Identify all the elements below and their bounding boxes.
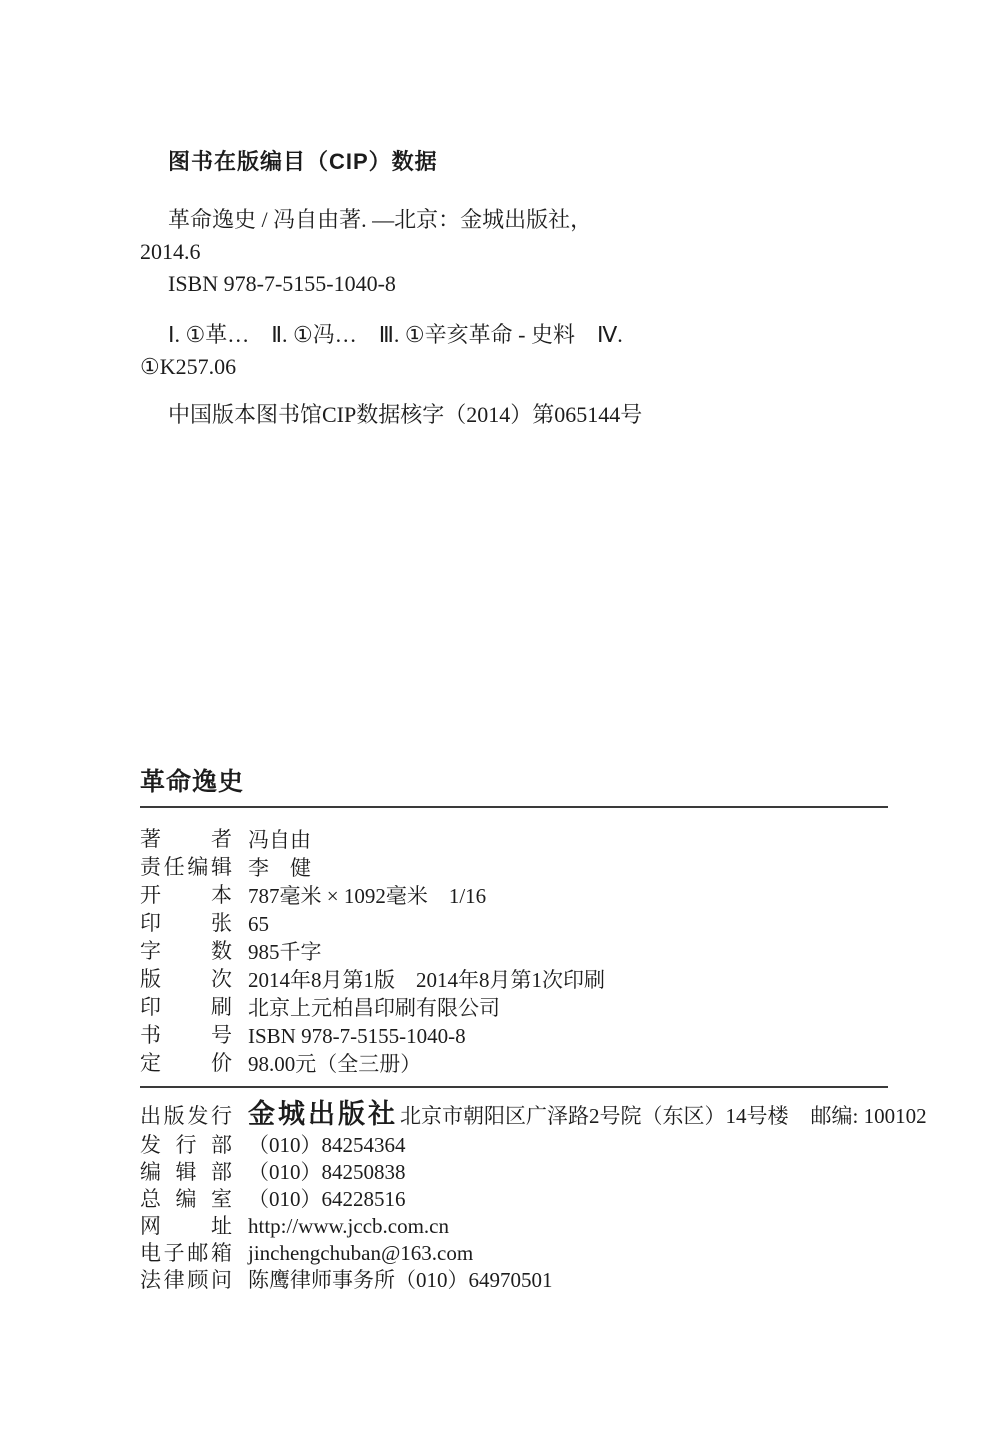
publisher-row-value: （010）84254364 (248, 1132, 406, 1159)
cip-isbn-line: ISBN 978-7-5155-1040-8 (140, 268, 910, 300)
publisher-row-value: 陈鹰律师事务所（010）64970501 (248, 1267, 553, 1294)
colophon-row-label: 定价 (140, 1050, 232, 1078)
colophon-block: 革命逸史 著者 冯自由 责任编辑 李 健 开本 787毫米 × 1092毫米 1… (140, 766, 888, 1088)
colophon-row-label: 印张 (140, 910, 232, 938)
cip-header: 图书在版编目（CIP）数据 (140, 146, 910, 178)
cip-book-line: 革命逸史 / 冯自由著. —北京：金城出版社， (140, 204, 910, 236)
cip-classification-line2: ①K257.06 (140, 351, 910, 383)
publisher-row-website: 网址 http://www.jccb.com.cn (140, 1213, 930, 1240)
publisher-row-value: http://www.jccb.com.cn (248, 1213, 449, 1240)
publisher-row-email: 电子邮箱 jinchengchuban@163.com (140, 1240, 930, 1267)
colophon-row-label: 开本 (140, 882, 232, 910)
publisher-row-value: jinchengchuban@163.com (248, 1240, 473, 1267)
colophon-row-value: ISBN 978-7-5155-1040-8 (248, 1022, 466, 1050)
cip-block: 图书在版编目（CIP）数据 革命逸史 / 冯自由著. —北京：金城出版社， 20… (140, 146, 910, 431)
colophon-row-label: 字数 (140, 938, 232, 966)
colophon-row-printer: 印刷 北京上元柏昌印刷有限公司 (140, 994, 888, 1022)
colophon-row-isbn: 书号 ISBN 978-7-5155-1040-8 (140, 1022, 888, 1050)
publisher-row-value: （010）84250838 (248, 1159, 406, 1186)
cip-classification-line1: Ⅰ. ①革… Ⅱ. ①冯… Ⅲ. ①辛亥革命 - 史料 Ⅳ. (140, 319, 910, 351)
publisher-row-label: 出版发行 (140, 1099, 232, 1135)
colophon-row-label: 责任编辑 (140, 854, 232, 882)
publisher-postcode: 邮编: 100102 (811, 1098, 927, 1134)
publisher-block: 出版发行 金城出版社 北京市朝阳区广泽路2号院（东区）14号楼 邮编: 1001… (140, 1096, 930, 1294)
publisher-row-label: 发行部 (140, 1132, 232, 1159)
colophon-row-price: 定价 98.00元（全三册） (140, 1050, 888, 1078)
colophon-row-value: 65 (248, 910, 269, 938)
colophon-row-value: 98.00元（全三册） (248, 1050, 421, 1078)
publisher-row-label: 电子邮箱 (140, 1240, 232, 1267)
publisher-logo: 金城出版社 (248, 1096, 398, 1132)
colophon-row-label: 著者 (140, 826, 232, 854)
cip-classification-paragraph: Ⅰ. ①革… Ⅱ. ①冯… Ⅲ. ①辛亥革命 - 史料 Ⅳ. ①K257.06 (140, 319, 910, 383)
copyright-page: 图书在版编目（CIP）数据 革命逸史 / 冯自由著. —北京：金城出版社， 20… (0, 0, 999, 1438)
colophon-row-value: 北京上元柏昌印刷有限公司 (248, 994, 500, 1022)
cip-year-line: 2014.6 (140, 236, 910, 268)
divider-rule-top (140, 806, 888, 808)
colophon-row-format: 开本 787毫米 × 1092毫米 1/16 (140, 882, 888, 910)
divider-rule-bottom (140, 1086, 888, 1088)
publisher-row-label: 网址 (140, 1213, 232, 1240)
publisher-row-editorial-dept: 编辑部 （010）84250838 (140, 1159, 930, 1186)
publisher-row-label: 编辑部 (140, 1159, 232, 1186)
colophon-row-edition: 版次 2014年8月第1版 2014年8月第1次印刷 (140, 966, 888, 994)
colophon-row-editor: 责任编辑 李 健 (140, 854, 888, 882)
colophon-row-value: 985千字 (248, 938, 322, 966)
colophon-row-label: 书号 (140, 1022, 232, 1050)
publisher-row-distribution: 出版发行 金城出版社 北京市朝阳区广泽路2号院（东区）14号楼 邮编: 1001… (140, 1096, 930, 1132)
colophon-row-value: 冯自由 (248, 826, 311, 854)
colophon-row-value: 李 健 (248, 854, 311, 882)
cip-bibliography-paragraph: 革命逸史 / 冯自由著. —北京：金城出版社， 2014.6 ISBN 978-… (140, 204, 910, 300)
publisher-address: 北京市朝阳区广泽路2号院（东区）14号楼 (400, 1098, 789, 1134)
publisher-row-value: （010）64228516 (248, 1186, 406, 1213)
colophon-row-sheets: 印张 65 (140, 910, 888, 938)
colophon-row-value: 2014年8月第1版 2014年8月第1次印刷 (248, 966, 605, 994)
publisher-row-label: 法律顾问 (140, 1267, 232, 1294)
colophon-row-label: 版次 (140, 966, 232, 994)
publisher-row-legal-counsel: 法律顾问 陈鹰律师事务所（010）64970501 (140, 1267, 930, 1294)
colophon-row-value: 787毫米 × 1092毫米 1/16 (248, 882, 486, 910)
colophon-row-label: 印刷 (140, 994, 232, 1022)
book-title: 革命逸史 (140, 766, 888, 798)
colophon-row-author: 著者 冯自由 (140, 826, 888, 854)
cip-registration-line: 中国版本图书馆CIP数据核字（2014）第065144号 (140, 399, 910, 431)
publisher-row-label: 总编室 (140, 1186, 232, 1213)
colophon-row-wordcount: 字数 985千字 (140, 938, 888, 966)
publisher-row-chief-office: 总编室 （010）64228516 (140, 1186, 930, 1213)
colophon-table: 著者 冯自由 责任编辑 李 健 开本 787毫米 × 1092毫米 1/16 印… (140, 826, 888, 1078)
publisher-row-distribution-dept: 发行部 （010）84254364 (140, 1132, 930, 1159)
